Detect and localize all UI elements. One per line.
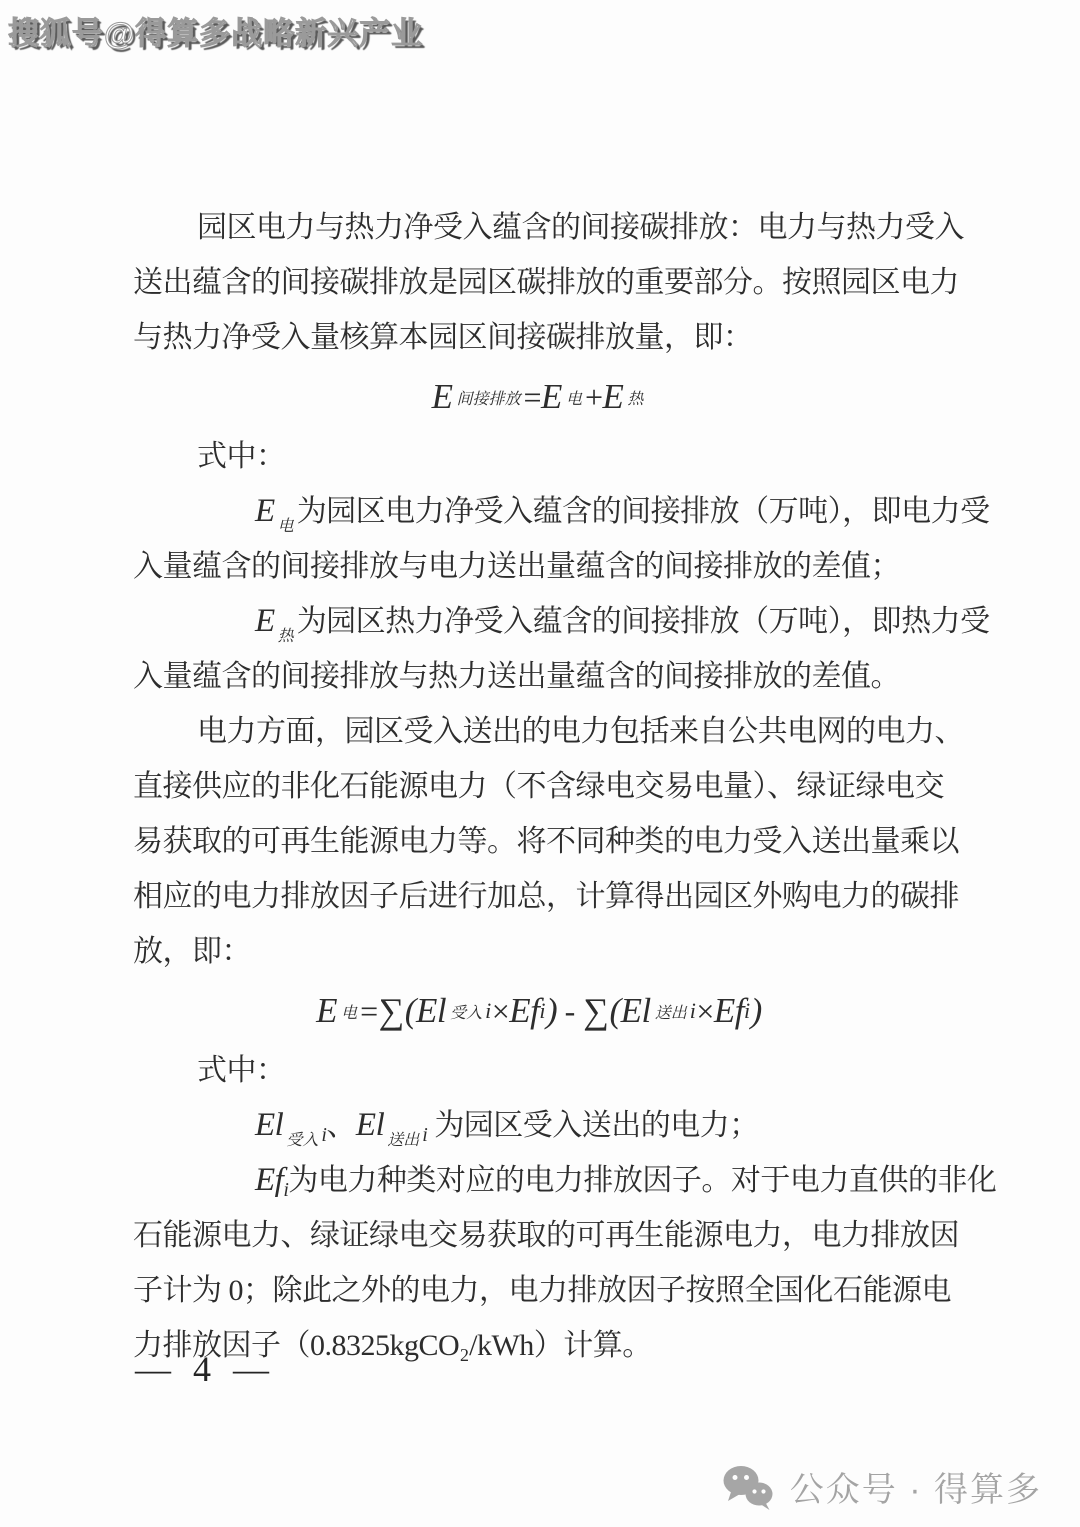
inline-var-el: El [356, 1107, 384, 1143]
close-paren: ) [751, 991, 762, 1031]
inline-var-e: E [255, 493, 275, 529]
formula-index-i: i [485, 998, 491, 1024]
paragraph2-line4: 相应的电力排放因子后进行加总，计算得出园区外购电力的碳排 [133, 869, 945, 924]
page-number: — 4 — [135, 1348, 269, 1390]
formula-index-i: i [690, 998, 696, 1024]
close-paren: ) [546, 991, 557, 1031]
def-e-re-line1: E热为园区热力净受入蕴含的间接排放（万吨），即热力受 [133, 594, 945, 649]
def-ef-line2: 石能源电力、绿证绿电交易获取的可再生能源电力，电力排放因 [133, 1208, 945, 1263]
footer-brand-text: 公众号 · 得算多 [790, 1462, 1042, 1511]
minus-sign: - [557, 993, 582, 1030]
paragraph1-line2: 送出蕴含的间接碳排放是园区碳排放的重要部分。按照园区电力 [133, 255, 945, 310]
page-number-value: 4 [193, 1348, 211, 1390]
def-el-line: El受入i、El送出i 为园区受入送出的电力； [133, 1098, 945, 1153]
formula-subscript: 受入 [450, 1000, 482, 1023]
formula-var-e: E [316, 991, 337, 1031]
def-text: 为园区热力净受入蕴含的间接排放（万吨），即热力受 [297, 605, 990, 638]
wechat-icon [720, 1464, 776, 1510]
formula-subscript: 热 [627, 386, 643, 409]
formula-index-i: i [744, 998, 750, 1024]
equals-sign: = [360, 993, 378, 1030]
inline-var-e: E [255, 603, 275, 639]
formula-index-i: i [539, 998, 545, 1024]
inline-subscript: 电 [278, 518, 294, 535]
plus-sign: + [585, 379, 603, 416]
times-sign: × [492, 993, 510, 1030]
def-e-re-line2: 入量蕴含的间接排放与热力送出量蕴含的间接排放的差值。 [133, 649, 945, 704]
def-text: 为园区受入送出的电力； [427, 1109, 759, 1142]
document-body: 园区电力与热力净受入蕴含的间接碳排放：电力与热力受入 送出蕴含的间接碳排放是园区… [133, 200, 945, 1373]
inline-subscript: 热 [278, 628, 294, 645]
def-text: 为电力种类对应的电力排放因子。对于电力直供的非化 [288, 1164, 996, 1197]
times-sign: × [696, 993, 714, 1030]
def-e-dian-line2: 入量蕴含的间接排放与电力送出量蕴含的间接排放的差值； [133, 539, 945, 594]
paragraph2-line3: 易获取的可再生能源电力等。将不同种类的电力受入送出量乘以 [133, 814, 945, 869]
sigma-sum-icon: ∑ [583, 990, 608, 1032]
inline-var-el: El [255, 1107, 283, 1143]
formula-var-ef: Ef [509, 991, 539, 1031]
inline-subscript: 受入 [286, 1132, 318, 1149]
formula-var-ef: Ef [714, 991, 744, 1031]
paragraph2-line5: 放，即： [133, 924, 945, 979]
formula-subscript: 送出 [655, 1000, 687, 1023]
formula-subscript: 间接排放 [456, 386, 520, 409]
formula-subscript: 电 [566, 386, 582, 409]
formula-var-el: (El [405, 991, 446, 1031]
def-ef-line3: 子计为 0；除此之外的电力，电力排放因子按照全国化石能源电 [133, 1263, 945, 1318]
formula-e-electricity: E电=∑(El受入i×Efi) - ∑(El送出i×Efi) [133, 979, 945, 1043]
formula-var-e: E [432, 377, 453, 417]
inline-subscript: 送出 [387, 1132, 419, 1149]
page-number-dash: — [135, 1348, 171, 1390]
formula-var-el: (El [609, 991, 650, 1031]
def-e-dian-line1: E电为园区电力净受入蕴含的间接排放（万吨），即电力受 [133, 484, 945, 539]
page-number-dash: — [233, 1348, 269, 1390]
def-ef-line1: Efi为电力种类对应的电力排放因子。对于电力直供的非化 [133, 1153, 945, 1208]
equals-sign: = [524, 379, 542, 416]
formula-label: 式中： [133, 429, 945, 484]
separator: 、 [326, 1109, 356, 1142]
paragraph2-line1: 电力方面，园区受入送出的电力包括来自公共电网的电力、 [133, 704, 945, 759]
formula-e-indirect: E间接排放=E电+E热 [133, 365, 945, 429]
inline-var-ef: Ef [255, 1162, 283, 1198]
footer-branding: 公众号 · 得算多 [720, 1462, 1042, 1511]
sigma-sum-icon: ∑ [379, 990, 404, 1032]
formula-label: 式中： [133, 1043, 945, 1098]
formula-var-e: E [541, 377, 562, 417]
sohu-watermark: 搜狐号@得算多战略新兴产业 [8, 8, 423, 53]
paragraph1-line3: 与热力净受入量核算本园区间接碳排放量，即： [133, 310, 945, 365]
paragraph2-line2: 直接供应的非化石能源电力（不含绿电交易电量）、绿证绿电交 [133, 759, 945, 814]
paragraph1-line1: 园区电力与热力净受入蕴含的间接碳排放：电力与热力受入 [133, 200, 945, 255]
def-text: 为园区电力净受入蕴含的间接排放（万吨），即电力受 [297, 495, 990, 528]
formula-var-e: E [603, 377, 624, 417]
formula-subscript: 电 [341, 1000, 357, 1023]
